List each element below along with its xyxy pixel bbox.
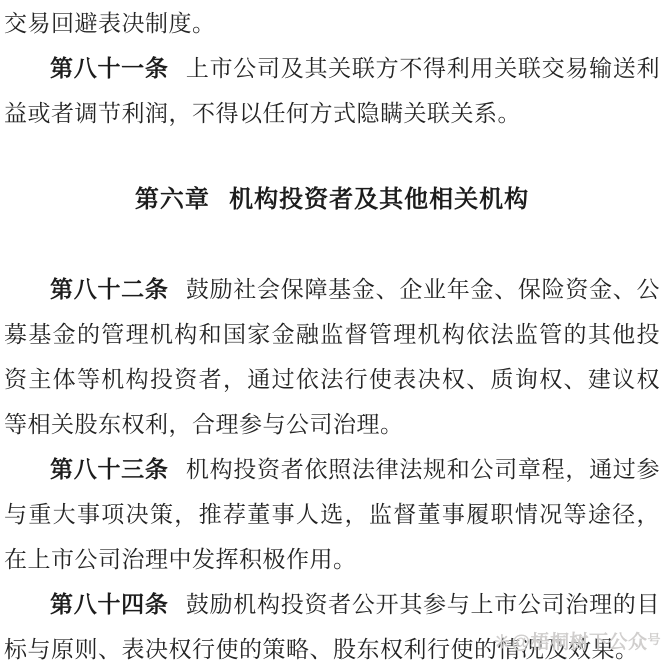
paragraph-article-83: 第八十三条机构投资者依照法律法规和公司章程，通过参与重大事项决策，推荐董事人选，… (4, 447, 660, 582)
paragraph-article-82: 第八十二条鼓励社会保障基金、企业年金、保险资金、公募基金的管理机构和国家金融监督… (4, 267, 660, 447)
article-83-label: 第八十三条 (50, 456, 169, 482)
chapter-number: 第六章 (135, 186, 210, 213)
paragraph-article-81: 第八十一条上市公司及其关联方不得利用关联交易输送利益或者调节利润，不得以任何方式… (4, 46, 660, 136)
article-82-label: 第八十二条 (50, 276, 169, 302)
article-84-label: 第八十四条 (50, 591, 169, 617)
document-page: 交易回避表决制度。 第八十一条上市公司及其关联方不得利用关联交易输送利益或者调节… (0, 0, 665, 667)
paragraph-article-84: 第八十四条鼓励机构投资者公开其参与上市公司治理的目标与原则、表决权行使的策略、股… (4, 582, 660, 667)
chapter-title: 机构投资者及其他相关机构 (229, 186, 529, 213)
article-81-label: 第八十一条 (50, 55, 169, 81)
paragraph-continuation: 交易回避表决制度。 (4, 1, 660, 46)
chapter-heading: 第六章机构投资者及其他相关机构 (4, 185, 660, 215)
